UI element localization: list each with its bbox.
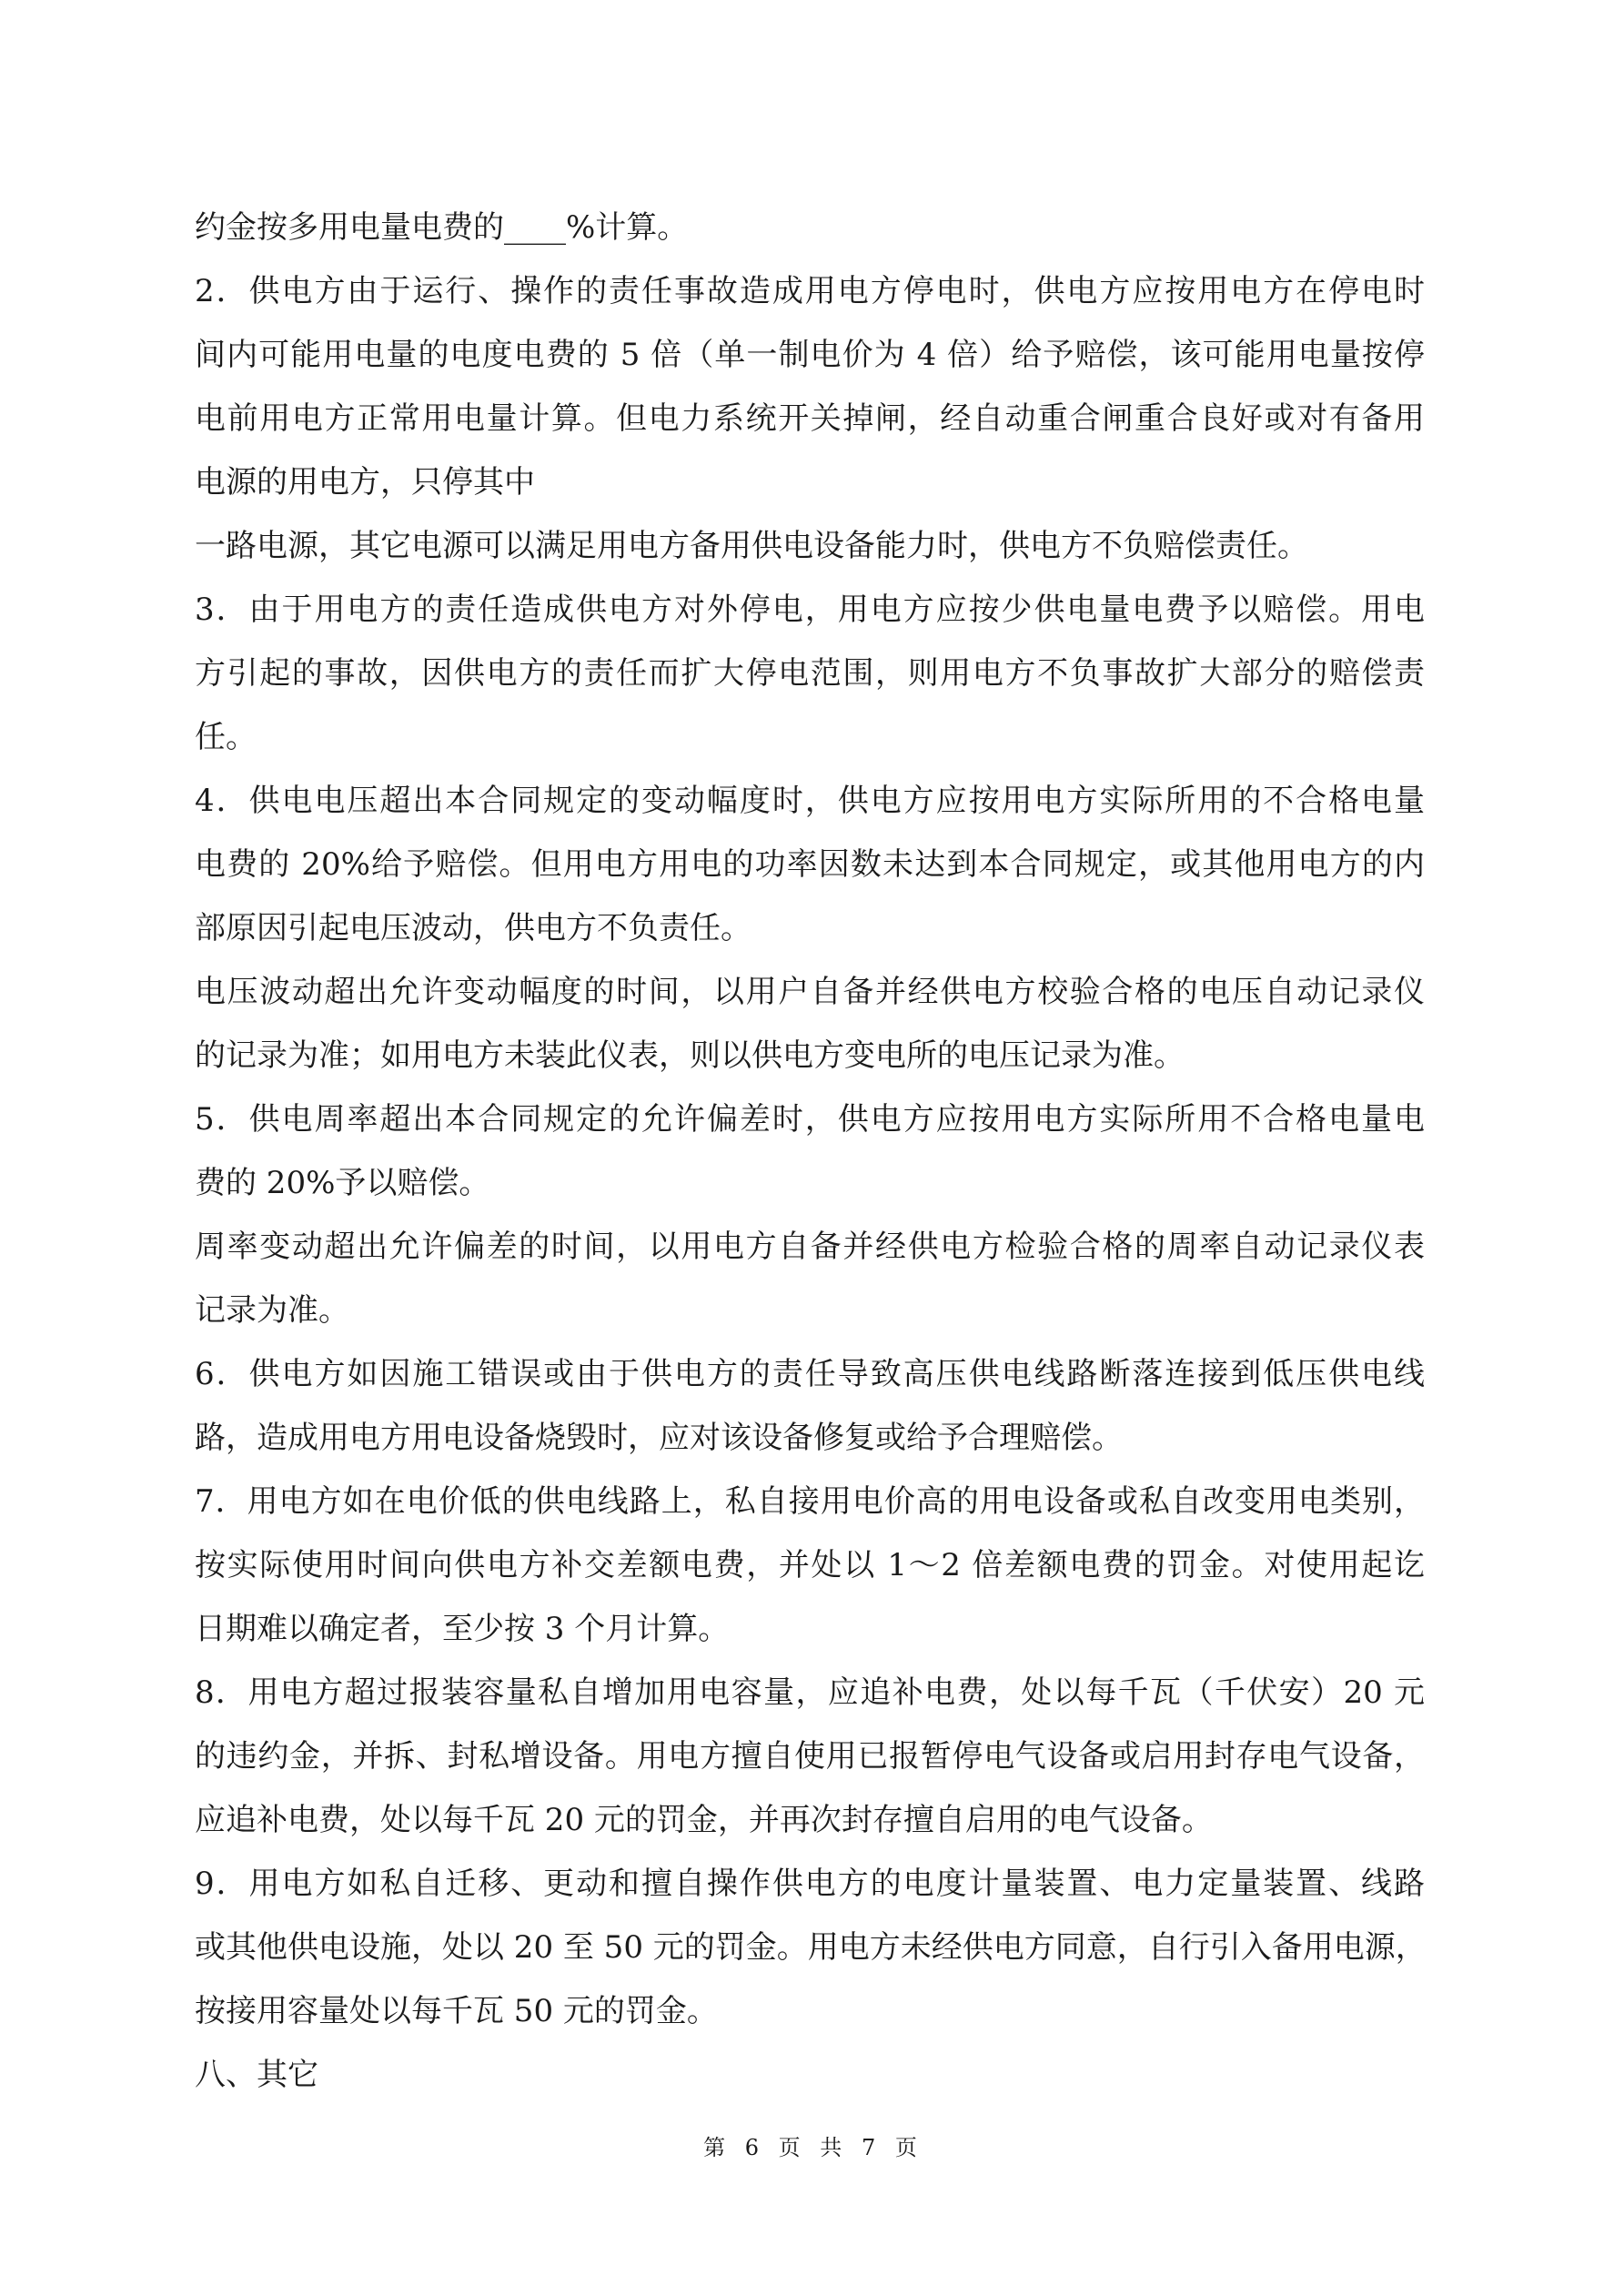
text-line: 按接用容量处以每千瓦 50 元的罚金。 [195, 1979, 1425, 2043]
text-line: 一路电源，其它电源可以满足用电方备用供电设备能力时，供电方不负赔偿责任。 [195, 514, 1425, 578]
text-line: 7．用电方如在电价低的供电线路上，私自接用电价高的用电设备或私自改变用电类别， [195, 1470, 1425, 1533]
text-line: 约金按多用电量电费的____%计算。 [195, 196, 1425, 259]
text-line: 电源的用电方，只停其中 [195, 450, 1425, 514]
text-line: 的记录为准；如用电方未装此仪表，则以供电方变电所的电压记录为准。 [195, 1024, 1425, 1087]
text-line: 3．由于用电方的责任造成供电方对外停电，用电方应按少供电量电费予以赔偿。用电 [195, 578, 1425, 642]
text-line: 或其他供电设施，处以 20 至 50 元的罚金。用电方未经供电方同意，自行引入备… [195, 1916, 1425, 1979]
text-line: 路，造成用电方用电设备烧毁时，应对该设备修复或给予合理赔偿。 [195, 1406, 1425, 1470]
text-line: 电费的 20%给予赔偿。但用电方用电的功率因数未达到本合同规定，或其他用电方的内 [195, 833, 1425, 896]
text-line: 的违约金，并拆、封私增设备。用电方擅自使用已报暂停电气设备或启用封存电气设备， [195, 1725, 1425, 1788]
document-body: 约金按多用电量电费的____%计算。 2．供电方由于运行、操作的责任事故造成用电… [195, 196, 1425, 2107]
section-heading: 八、其它 [195, 2043, 1425, 2107]
text-line: 6．供电方如因施工错误或由于供电方的责任导致高压供电线路断落连接到低压供电线 [195, 1342, 1425, 1406]
text-line: 应追补电费，处以每千瓦 20 元的罚金，并再次封存擅自启用的电气设备。 [195, 1788, 1425, 1852]
text-line: 9．用电方如私自迁移、更动和擅自操作供电方的电度计量装置、电力定量装置、线路 [195, 1852, 1425, 1916]
text-line: 周率变动超出允许偏差的时间，以用电方自备并经供电方检验合格的周率自动记录仪表 [195, 1215, 1425, 1279]
text-line: 日期难以确定者，至少按 3 个月计算。 [195, 1597, 1425, 1661]
text-line: 记录为准。 [195, 1279, 1425, 1342]
page-number-footer: 第 6 页 共 7 页 [0, 2129, 1624, 2161]
text-line: 部原因引起电压波动，供电方不负责任。 [195, 896, 1425, 960]
text-line: 按实际使用时间向供电方补交差额电费，并处以 1～2 倍差额电费的罚金。对使用起讫 [195, 1533, 1425, 1597]
text-line: 电前用电方正常用电量计算。但电力系统开关掉闸，经自动重合闸重合良好或对有备用 [195, 387, 1425, 450]
text-line: 方引起的事故，因供电方的责任而扩大停电范围，则用电方不负事故扩大部分的赔偿责 [195, 642, 1425, 705]
text-line: 任。 [195, 705, 1425, 769]
text-line: 费的 20%予以赔偿。 [195, 1151, 1425, 1215]
text-line: 2．供电方由于运行、操作的责任事故造成用电方停电时，供电方应按用电方在停电时 [195, 259, 1425, 323]
document-page: 约金按多用电量电费的____%计算。 2．供电方由于运行、操作的责任事故造成用电… [0, 0, 1624, 2296]
text-line: 电压波动超出允许变动幅度的时间，以用户自备并经供电方校验合格的电压自动记录仪 [195, 960, 1425, 1024]
text-line: 8．用电方超过报装容量私自增加用电容量，应追补电费，处以每千瓦（千伏安）20 元 [195, 1661, 1425, 1725]
text-line: 4．供电电压超出本合同规定的变动幅度时，供电方应按用电方实际所用的不合格电量 [195, 769, 1425, 833]
text-line: 5．供电周率超出本合同规定的允许偏差时，供电方应按用电方实际所用不合格电量电 [195, 1087, 1425, 1151]
text-line: 间内可能用电量的电度电费的 5 倍（单一制电价为 4 倍）给予赔偿，该可能用电量… [195, 323, 1425, 387]
